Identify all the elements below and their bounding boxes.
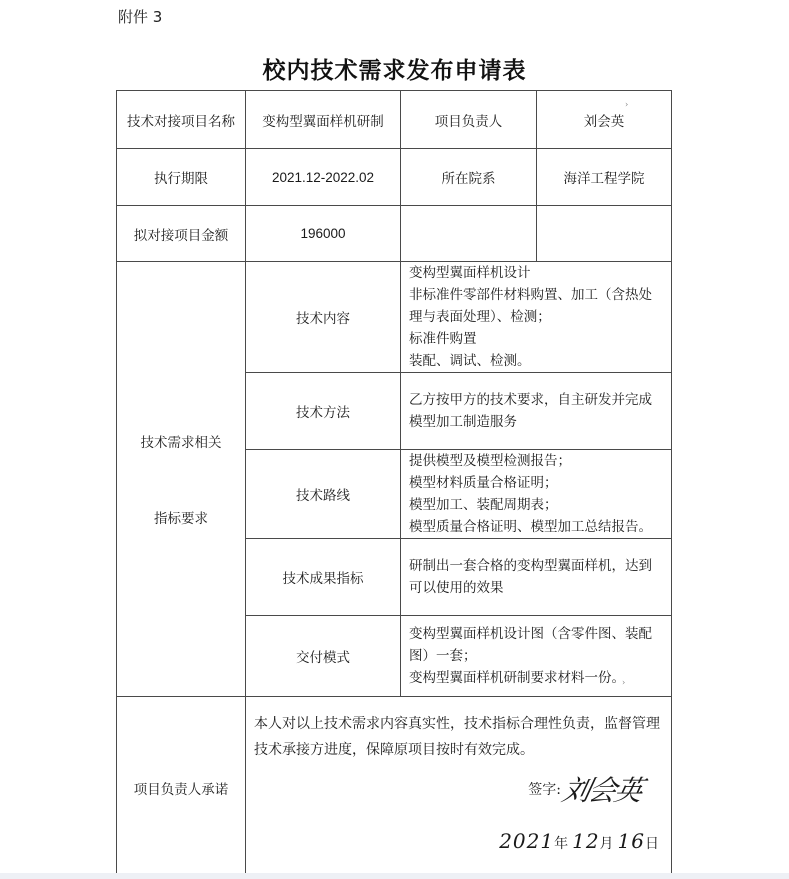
leader-value: 刘会英: [537, 91, 672, 149]
text-line: 模型材料质量合格证明；: [409, 472, 667, 494]
text-line: 标准件购置: [409, 328, 667, 350]
requirement-value-content: 变构型翼面样机设计 非标准件零部件材料购置、加工（含热处 理与表面处理）、检测；…: [401, 262, 672, 373]
pledge-label: 项目负责人承诺: [117, 697, 246, 879]
text-line: 模型质量合格证明、模型加工总结报告。: [409, 516, 667, 538]
requirements-group-label: 技术需求相关 指标要求: [117, 262, 246, 697]
text-line: 变构型翼面样机设计: [409, 262, 667, 284]
scan-speck: ›: [625, 100, 628, 109]
form-row-project: 技术对接项目名称 变构型翼面样机研制 项目负责人 刘会英: [117, 91, 672, 149]
requirement-row-content: 技术需求相关 指标要求 技术内容 变构型翼面样机设计 非标准件零部件材料购置、加…: [117, 262, 672, 373]
date-day-unit: 日: [645, 833, 659, 853]
text-line: 模型加工制造服务: [409, 411, 667, 433]
project-name-value: 变构型翼面样机研制: [246, 91, 401, 149]
requirement-label-outcome: 技术成果指标: [246, 539, 401, 616]
text-line: 理与表面处理）、检测；: [409, 306, 667, 328]
sign-date: 2021 年 12 月 16 日: [499, 829, 659, 853]
text-line: 变构型翼面样机研制要求材料一份。: [409, 667, 667, 689]
department-value: 海洋工程学院: [537, 149, 672, 206]
scan-speck: ›: [622, 678, 625, 687]
pledge-text: 本人对以上技术需求内容真实性，技术指标合理性负责，监督管理 技术承接方进度，保障…: [254, 711, 663, 763]
requirement-label-content: 技术内容: [246, 262, 401, 373]
amount-label: 拟对接项目金额: [117, 206, 246, 262]
department-label: 所在院系: [401, 149, 537, 206]
text-line: 变构型翼面样机设计图（含零件图、装配: [409, 623, 667, 645]
requirements-group-label-line1: 技术需求相关: [117, 431, 245, 451]
empty-cell-value: [537, 206, 672, 262]
text-line: 装配、调试、检测。: [409, 350, 667, 372]
page-bottom-edge: [0, 873, 789, 879]
application-form-table: 技术对接项目名称 变构型翼面样机研制 项目负责人 刘会英 执行期限 2021.1…: [116, 90, 672, 879]
handwritten-signature: 刘会英: [559, 769, 646, 809]
pledge-text-line: 技术承接方进度，保障原项目按时有效完成。: [254, 737, 663, 763]
period-value: 2021.12-2022.02: [246, 149, 401, 206]
empty-cell-label: [401, 206, 537, 262]
requirement-label-route: 技术路线: [246, 450, 401, 539]
requirements-group-label-line2: 指标要求: [117, 507, 245, 527]
text-line: 可以使用的效果: [409, 577, 667, 599]
requirement-value-method: 乙方按甲方的技术要求，自主研发并完成 模型加工制造服务: [401, 373, 672, 450]
attachment-label: 附件 3: [118, 6, 162, 27]
leader-label: 项目负责人: [401, 91, 537, 149]
date-year-unit: 年: [554, 833, 568, 853]
date-day: 16: [618, 829, 645, 853]
requirement-value-route: 提供模型及模型检测报告； 模型材料质量合格证明； 模型加工、装配周期表； 模型质…: [401, 450, 672, 539]
pledge-content: 本人对以上技术需求内容真实性，技术指标合理性负责，监督管理 技术承接方进度，保障…: [246, 697, 672, 879]
text-line: 非标准件零部件材料购置、加工（含热处: [409, 284, 667, 306]
pledge-text-line: 本人对以上技术需求内容真实性，技术指标合理性负责，监督管理: [254, 711, 663, 737]
text-line: 提供模型及模型检测报告；: [409, 450, 667, 472]
text-line: 图）一套；: [409, 645, 667, 667]
page-title: 校内技术需求发布申请表: [0, 52, 789, 85]
date-month-unit: 月: [600, 833, 614, 853]
date-month: 12: [572, 829, 599, 853]
period-label: 执行期限: [117, 149, 246, 206]
signature-label: 签字:: [528, 779, 561, 799]
requirement-label-delivery: 交付模式: [246, 616, 401, 697]
form-row-amount: 拟对接项目金额 196000: [117, 206, 672, 262]
pledge-row: 项目负责人承诺 本人对以上技术需求内容真实性，技术指标合理性负责，监督管理 技术…: [117, 697, 672, 879]
date-year: 2021: [499, 829, 554, 853]
text-line: 模型加工、装配周期表；: [409, 494, 667, 516]
text-line: 乙方按甲方的技术要求，自主研发并完成: [409, 389, 667, 411]
requirement-value-delivery: 变构型翼面样机设计图（含零件图、装配 图）一套； 变构型翼面样机研制要求材料一份…: [401, 616, 672, 697]
text-line: 研制出一套合格的变构型翼面样机，达到: [409, 555, 667, 577]
form-row-period: 执行期限 2021.12-2022.02 所在院系 海洋工程学院: [117, 149, 672, 206]
project-name-label: 技术对接项目名称: [117, 91, 246, 149]
requirement-label-method: 技术方法: [246, 373, 401, 450]
signature-block: 签字: 刘会英: [528, 769, 641, 809]
requirement-value-outcome: 研制出一套合格的变构型翼面样机，达到 可以使用的效果: [401, 539, 672, 616]
amount-value: 196000: [246, 206, 401, 262]
